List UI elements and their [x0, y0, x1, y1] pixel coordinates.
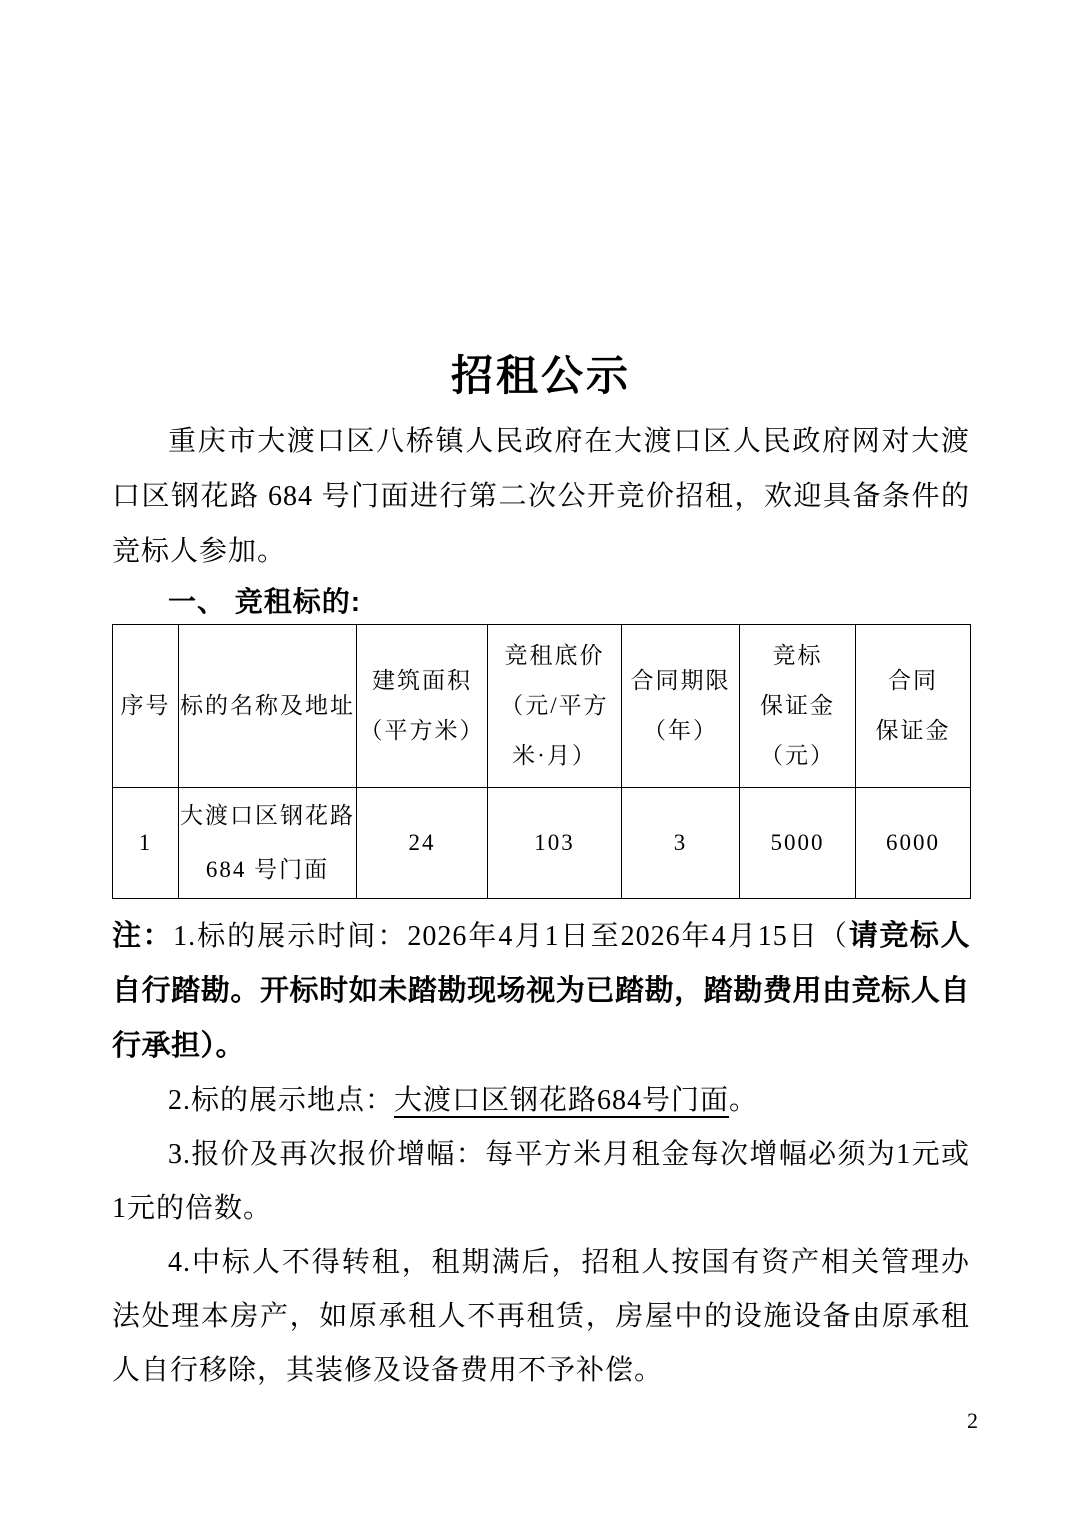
header-line: 标的名称及地址	[179, 681, 356, 731]
cell-area: 24	[357, 788, 488, 899]
section-heading: 一、 竞租标的:	[112, 583, 970, 621]
header-line: 竞标	[740, 631, 855, 681]
cell-seq: 1	[113, 788, 179, 899]
note1-label: 注：	[112, 920, 173, 952]
header-line: 米·月）	[488, 731, 621, 781]
col-header-contract-term: 合同期限 （年）	[622, 625, 740, 788]
header-line: 合同期限	[622, 656, 739, 706]
header-line: （元）	[740, 731, 855, 781]
cell-name-address: 大渡口区钢花路 684 号门面	[179, 788, 357, 899]
note2-suffix: 。	[729, 1085, 758, 1116]
note1-paragraph: 注：1.标的展示时间：2026年4月1日至2026年4月15日（请竞标人自行踏勘…	[112, 909, 970, 1074]
cell-base-price: 103	[488, 788, 622, 899]
header-line: 建筑面积	[357, 656, 487, 706]
document-page: 招租公示 重庆市大渡口区八桥镇人民政府在大渡口区人民政府网对大渡口区钢花路 68…	[0, 0, 1074, 1520]
col-header-base-price: 竞租底价 （元/平方 米·月）	[488, 625, 622, 788]
tender-table-body: 1 大渡口区钢花路 684 号门面 24 103 3 5000 6000	[113, 788, 971, 899]
page-number: 2	[967, 1408, 978, 1434]
header-line: （平方米）	[357, 706, 487, 756]
note2-prefix: 2.标的展示地点：	[168, 1085, 394, 1116]
table-row: 1 大渡口区钢花路 684 号门面 24 103 3 5000 6000	[113, 788, 971, 899]
document-content: 招租公示 重庆市大渡口区八桥镇人民政府在大渡口区人民政府网对大渡口区钢花路 68…	[112, 0, 970, 1398]
header-line: （年）	[622, 706, 739, 756]
note2-paragraph: 2.标的展示地点：大渡口区钢花路684号门面。	[112, 1074, 970, 1128]
header-line: 竞租底价	[488, 631, 621, 681]
cell-contract-term: 3	[622, 788, 740, 899]
col-header-bid-deposit: 竞标 保证金 （元）	[740, 625, 856, 788]
note3-paragraph: 3.报价及再次报价增幅：每平方米月租金每次增幅必须为1元或1元的倍数。	[112, 1128, 970, 1236]
tender-table-header: 序号 标的名称及地址 建筑面积 （平方米） 竞租底价 （元/平方 米·月）	[113, 625, 971, 788]
note1-regular-text: 1.标的展示时间：2026年4月1日至2026年4月15日（	[173, 921, 849, 952]
page-title: 招租公示	[112, 352, 970, 402]
col-header-name-address: 标的名称及地址	[179, 625, 357, 788]
col-header-area: 建筑面积 （平方米）	[357, 625, 488, 788]
header-row: 序号 标的名称及地址 建筑面积 （平方米） 竞租底价 （元/平方 米·月）	[113, 625, 971, 788]
notes-section: 注：1.标的展示时间：2026年4月1日至2026年4月15日（请竞标人自行踏勘…	[112, 909, 970, 1398]
cell-name-line: 大渡口区钢花路	[179, 789, 356, 843]
header-line: 保证金	[856, 706, 970, 756]
header-line: 保证金	[740, 681, 855, 731]
header-line: 序号	[113, 681, 178, 731]
header-line: （元/平方	[488, 681, 621, 731]
col-header-seq: 序号	[113, 625, 179, 788]
note4-paragraph: 4.中标人不得转租，租期满后，招租人按国有资产相关管理办法处理本房产，如原承租人…	[112, 1236, 970, 1398]
cell-contract-deposit: 6000	[856, 788, 971, 899]
cell-name-line: 684 号门面	[179, 843, 356, 897]
cell-bid-deposit: 5000	[740, 788, 856, 899]
header-line: 合同	[856, 656, 970, 706]
col-header-contract-deposit: 合同 保证金	[856, 625, 971, 788]
tender-table: 序号 标的名称及地址 建筑面积 （平方米） 竞租底价 （元/平方 米·月）	[112, 624, 971, 899]
note2-address-underlined: 大渡口区钢花路684号门面	[394, 1085, 729, 1116]
intro-paragraph: 重庆市大渡口区八桥镇人民政府在大渡口区人民政府网对大渡口区钢花路 684 号门面…	[112, 414, 970, 579]
